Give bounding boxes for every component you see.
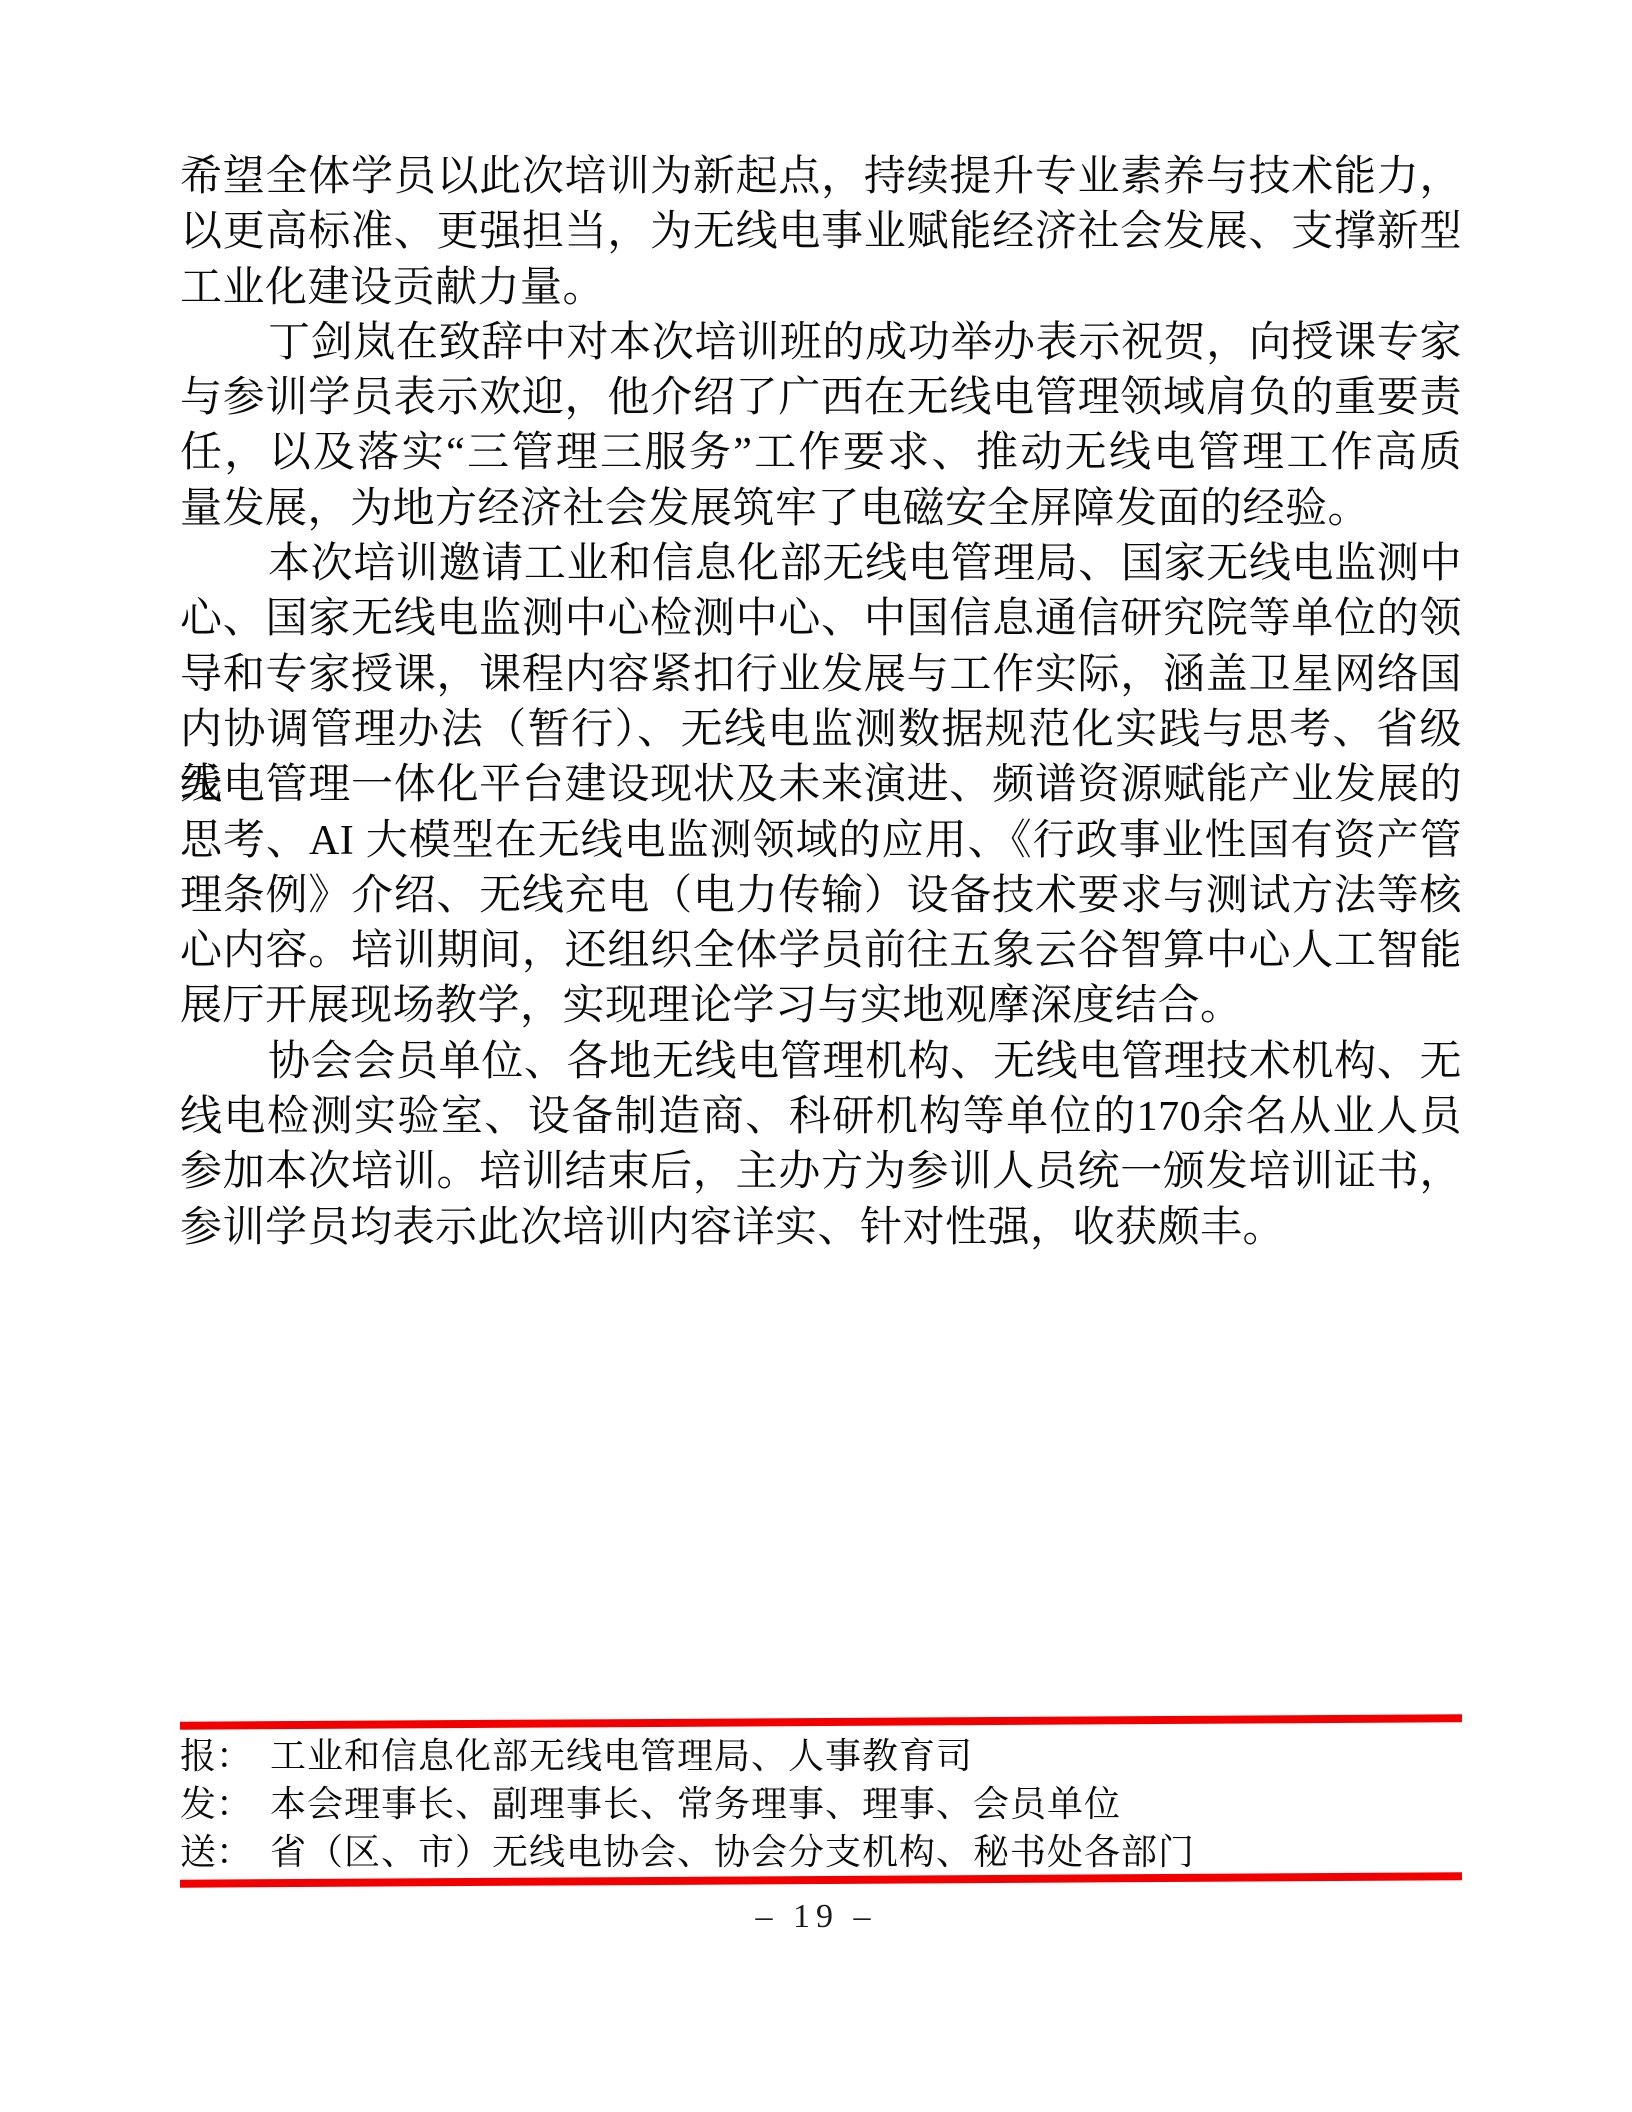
body-line: 参加本次培训。培训结束后，主办方为参训人员统一颁发培训证书， [180,1145,1462,1200]
body-line: 心、国家无线电监测中心检测中心、中国信息通信研究院等单位的领 [180,592,1462,647]
body-line: 希望全体学员以此次培训为新起点，持续提升专业素养与技术能力， [180,150,1462,205]
distribution-label: 送： [180,1828,252,1876]
distribution-label: 发： [180,1780,252,1828]
distribution-row: 送：省（区、市）无线电协会、协会分支机构、秘书处各部门 [180,1828,1462,1876]
body-line: 内协调管理办法（暂行）、无线电监测数据规范化实践与思考、省级无 [180,703,1462,758]
body-line: 以更高标准、更强担当，为无线电事业赋能经济社会发展、支撑新型 [180,205,1462,260]
separator-line-top [180,1714,1462,1729]
distribution-row: 报：工业和信息化部无线电管理局、人事教育司 [180,1732,1462,1780]
body-line: 线电检测实验室、设备制造商、科研机构等单位的170余名从业人员 [180,1090,1462,1145]
document-page: 希望全体学员以此次培训为新起点，持续提升专业素养与技术能力，以更高标准、更强担当… [0,0,1632,2112]
body-line: 理条例》介绍、无线充电（电力传输）设备技术要求与测试方法等核 [180,869,1462,924]
distribution-content: 省（区、市）无线电协会、协会分支机构、秘书处各部门 [270,1828,1195,1876]
body-line: 与参训学员表示欢迎，他介绍了广西在无线电管理领域肩负的重要责 [180,371,1462,426]
distribution-list: 报：工业和信息化部无线电管理局、人事教育司发：本会理事长、副理事长、常务理事、理… [180,1732,1462,1876]
body-line: 展厅开展现场教学，实现理论学习与实地观摩深度结合。 [180,979,1462,1034]
body-line: 丁剑岚在致辞中对本次培训班的成功举办表示祝贺，向授课专家 [180,316,1462,371]
body-line: 思考、AI 大模型在无线电监测领域的应用、《行政事业性国有资产管 [180,814,1462,869]
body-line: 线电管理一体化平台建设现状及未来演进、频谱资源赋能产业发展的 [180,758,1462,813]
distribution-row: 发：本会理事长、副理事长、常务理事、理事、会员单位 [180,1780,1462,1828]
body-line: 协会会员单位、各地无线电管理机构、无线电管理技术机构、无 [180,1035,1462,1090]
distribution-label: 报： [180,1732,252,1780]
body-text: 希望全体学员以此次培训为新起点，持续提升专业素养与技术能力，以更高标准、更强担当… [180,150,1462,1256]
body-line: 导和专家授课，课程内容紧扣行业发展与工作实际，涵盖卫星网络国 [180,648,1462,703]
body-line: 本次培训邀请工业和信息化部无线电管理局、国家无线电监测中 [180,537,1462,592]
body-line: 心内容。培训期间，还组织全体学员前往五象云谷智算中心人工智能 [180,924,1462,979]
body-line: 参训学员均表示此次培训内容详实、针对性强，收获颇丰。 [180,1201,1462,1256]
body-line: 量发展，为地方经济社会发展筑牢了电磁安全屏障发面的经验。 [180,482,1462,537]
distribution-content: 本会理事长、副理事长、常务理事、理事、会员单位 [270,1780,1121,1828]
body-line: 工业化建设贡献力量。 [180,261,1462,316]
distribution-content: 工业和信息化部无线电管理局、人事教育司 [270,1732,973,1780]
body-line: 任，以及落实“三管理三服务”工作要求、推动无线电管理工作高质 [180,426,1462,481]
page-number: – 19 – [0,1898,1632,1936]
